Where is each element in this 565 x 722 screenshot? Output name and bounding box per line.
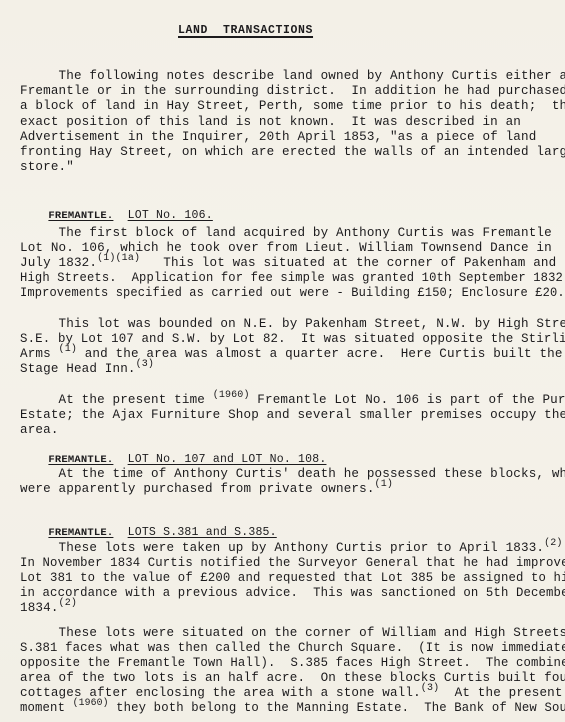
footnote-ref: (2) — [59, 598, 77, 609]
body-line: July 1832.(1)(1a) This lot was situated … — [20, 256, 556, 272]
body-line: Estate; the Ajax Furniture Shop and seve… — [20, 408, 565, 422]
body-line: area of the two lots is an half acre. On… — [20, 671, 565, 685]
intro-line: Fremantle or in the surrounding district… — [20, 84, 565, 98]
body-line: were apparently purchased from private o… — [20, 482, 393, 498]
intro-line: Advertisement in the Inquirer, 20th Apri… — [20, 130, 536, 144]
document-page: LAND TRANSACTIONS The following notes de… — [0, 0, 565, 722]
intro-line: a block of land in Hay Street, Perth, so… — [20, 99, 565, 113]
footnote-ref: (1) — [59, 344, 77, 355]
body-line: opposite the Fremantle Town Hall). S.385… — [20, 656, 565, 670]
section-place: FREMANTLE. — [48, 454, 113, 466]
intro-line: exact position of this land is not known… — [20, 115, 521, 129]
body-line: These lots were taken up by Anthony Curt… — [20, 541, 563, 557]
body-line: area. — [20, 423, 59, 437]
section-place: FREMANTLE. — [48, 527, 113, 539]
body-line: The first block of land acquired by Anth… — [20, 226, 552, 240]
intro-line: fronting Hay Street, on which are erecte… — [20, 145, 565, 159]
body-line: Arms (1) and the area was almost a quart… — [20, 347, 563, 363]
intro-line: The following notes describe land owned … — [20, 69, 565, 83]
body-line: In November 1834 Curtis notified the Sur… — [20, 556, 565, 570]
body-line: in accordance with a previous advice. Th… — [20, 586, 565, 600]
intro-line: store." — [20, 160, 74, 174]
footnote-ref: (2) — [544, 538, 562, 549]
section-lot: LOT No. 106. — [128, 209, 213, 222]
body-line: moment (1960) they both belong to the Ma… — [20, 701, 565, 717]
section-lot: LOT No. 107 and LOT No. 108. — [128, 453, 327, 466]
footnote-ref: (3) — [136, 359, 154, 370]
footnote-ref: (3) — [421, 683, 439, 694]
body-line: S.381 faces what was then called the Chu… — [20, 641, 565, 655]
body-line: S.E. by Lot 107 and S.W. by Lot 82. It w… — [20, 332, 565, 346]
footnote-ref: (1960) — [213, 390, 250, 401]
body-line: This lot was bounded on N.E. by Pakenham… — [20, 317, 565, 331]
section-lot: LOTS S.381 and S.385. — [128, 526, 277, 539]
document-title: LAND TRANSACTIONS — [178, 24, 313, 37]
footnote-ref: (1) — [375, 479, 393, 490]
body-line: Improvements specified as carried out we… — [20, 286, 565, 302]
body-line: High Streets. Application for fee simple… — [20, 271, 565, 285]
body-line: Stage Head Inn.(3) — [20, 362, 154, 378]
body-line: At the time of Anthony Curtis' death he … — [20, 467, 565, 481]
body-line: Lot 381 to the value of £200 and request… — [20, 571, 565, 585]
section-place: FREMANTLE. — [48, 210, 113, 222]
body-line: At the present time (1960) Fremantle Lot… — [20, 393, 565, 409]
footnote-ref: (1)(1a) — [97, 253, 140, 264]
footnote-ref: (1960) — [73, 698, 109, 709]
body-line: 1834.(2) — [20, 601, 77, 617]
body-line: These lots were situated on the corner o… — [20, 626, 565, 640]
